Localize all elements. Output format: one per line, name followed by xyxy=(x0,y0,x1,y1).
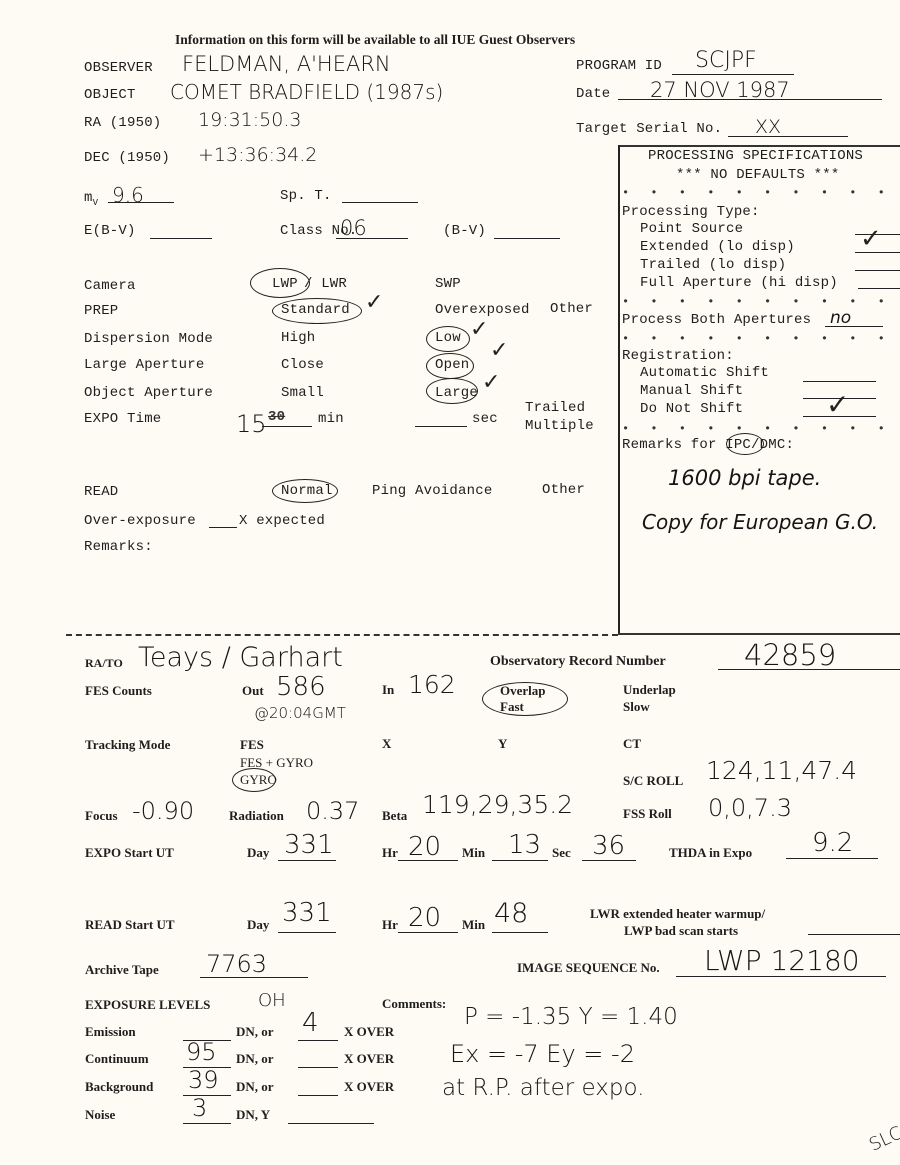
read-option-ping[interactable]: Ping Avoidance xyxy=(372,483,492,499)
corner-note: SLC 3 xyxy=(866,1115,900,1156)
remarks-ipc-line1[interactable]: 1600 bpi tape. xyxy=(668,466,821,490)
exposure-note[interactable]: OH xyxy=(258,990,286,1011)
record-field[interactable]: 42859 xyxy=(744,638,836,672)
prep-option-overexposed[interactable]: Overexposed xyxy=(435,302,530,318)
program-field[interactable]: SCJPF xyxy=(695,48,757,73)
program-label: PROGRAM ID xyxy=(576,58,662,74)
ipc-circle xyxy=(726,433,764,455)
checkmark-icon: ✓ xyxy=(860,224,882,254)
tracking-mode-label: Tracking Mode xyxy=(85,737,170,753)
camera-label: Camera xyxy=(84,278,136,294)
read-hr-underline xyxy=(398,932,458,933)
noise-label: Noise xyxy=(85,1107,115,1123)
continuum-suffix: X OVER xyxy=(344,1051,394,1067)
archive-tape-label: Archive Tape xyxy=(85,962,159,978)
read-hr-field[interactable]: 20 xyxy=(408,903,441,933)
type-full-aperture: Full Aperture (hi disp) xyxy=(640,275,838,291)
reg-automatic-field[interactable] xyxy=(803,381,876,382)
processing-type-label: Processing Type: xyxy=(622,204,760,220)
read-day-field[interactable]: 331 xyxy=(282,898,332,928)
expo-sec-label: Sec xyxy=(552,845,571,861)
noise-dn-underline xyxy=(183,1123,231,1124)
object-aperture-label: Object Aperture xyxy=(84,385,213,401)
object-label: OBJECT xyxy=(84,87,136,103)
serial-field[interactable]: XX xyxy=(755,116,781,138)
thda-field[interactable]: 9.2 xyxy=(812,828,853,858)
observer-field[interactable]: FELDMAN, A'HEARN xyxy=(182,52,391,76)
normal-circle xyxy=(272,479,338,503)
comments-label: Comments: xyxy=(382,996,446,1012)
ra-field[interactable]: 19:31:50.3 xyxy=(198,109,301,131)
overexposure-suffix: X expected xyxy=(239,513,325,529)
emission-suffix: X OVER xyxy=(344,1024,394,1040)
form-notice: Information on this form will be availab… xyxy=(175,32,575,48)
thda-label: THDA in Expo xyxy=(669,845,752,861)
type-extended: Extended (lo disp) xyxy=(640,239,795,255)
read-day-underline xyxy=(278,932,336,933)
large-ap-option-close[interactable]: Close xyxy=(281,357,324,373)
expo-hr-field[interactable]: 20 xyxy=(408,832,441,862)
overexposure-label: Over-exposure xyxy=(84,513,196,529)
noise-y-field[interactable] xyxy=(288,1123,374,1124)
process-both-label: Process Both Apertures xyxy=(622,312,811,328)
background-suffix: X OVER xyxy=(344,1079,394,1095)
expo-day-underline xyxy=(278,860,336,861)
observer-label: OBSERVER xyxy=(84,60,153,76)
image-sequence-label: IMAGE SEQUENCE No. xyxy=(517,960,660,976)
sc-roll-label: S/C ROLL xyxy=(623,773,683,789)
archive-tape-underline xyxy=(200,977,308,978)
open-circle xyxy=(426,353,474,379)
focus-field[interactable]: -0.90 xyxy=(132,797,194,825)
remarks-ipc-line2[interactable]: Copy for European G.O. xyxy=(642,510,878,534)
type-trailed-field[interactable] xyxy=(855,270,900,271)
checkmark-icon: ✓ xyxy=(482,370,500,395)
dotted-divider: • • • • • • • • • • • • • • • • • • xyxy=(622,332,900,346)
program-underline xyxy=(672,74,794,75)
out-time[interactable]: @20:04GMT xyxy=(254,704,346,722)
fss-roll-field[interactable]: 0,0,7.3 xyxy=(708,794,792,822)
mv-underline xyxy=(108,202,174,203)
large-aperture-label: Large Aperture xyxy=(84,357,204,373)
expo-day-label: Day xyxy=(247,845,269,861)
expo-min-field[interactable]: 15 xyxy=(236,410,267,438)
ct-label: CT xyxy=(623,736,641,752)
read-start-label: READ Start UT xyxy=(85,917,175,933)
read-day-label: Day xyxy=(247,917,269,933)
record-label: Observatory Record Number xyxy=(490,654,666,670)
prep-option-other[interactable]: Other xyxy=(550,301,593,317)
read-hr-label: Hr xyxy=(382,917,398,933)
background-dn-or: DN, or xyxy=(236,1079,274,1095)
out-field[interactable]: 586 xyxy=(276,672,326,702)
rato-label: RA/TO xyxy=(85,656,123,671)
read-label: READ xyxy=(84,484,118,500)
dotted-divider: • • • • • • • • • • • • • • • • • • xyxy=(622,186,900,200)
underlap-option[interactable]: Underlap xyxy=(623,682,676,698)
continuum-dn-or: DN, or xyxy=(236,1051,274,1067)
expo-hr-underline xyxy=(398,860,458,861)
date-underline xyxy=(618,99,882,100)
expo-sec-field[interactable] xyxy=(415,426,467,427)
dispersion-option-high[interactable]: High xyxy=(281,330,315,346)
processing-box-bottom xyxy=(618,633,900,635)
in-field[interactable]: 162 xyxy=(408,670,456,699)
sc-roll-field[interactable]: 124,11,47.4 xyxy=(706,756,857,785)
processing-title: PROCESSING SPECIFICATIONS xyxy=(648,148,863,164)
serial-underline xyxy=(728,136,848,137)
out-label: Out xyxy=(242,683,264,699)
emission-over-underline xyxy=(298,1040,338,1041)
comments-line3[interactable]: at R.P. after expo. xyxy=(442,1075,644,1101)
low-circle xyxy=(426,326,470,352)
object-ap-option-small[interactable]: Small xyxy=(281,385,324,401)
expo-min-struck: 30 xyxy=(268,409,285,425)
beta-label: Beta xyxy=(382,808,407,824)
radiation-label: Radiation xyxy=(229,808,284,824)
reg-automatic: Automatic Shift xyxy=(640,365,769,381)
comments-line1[interactable]: P = -1.35 Y = 1.40 xyxy=(464,1004,678,1030)
expo-sec-underline xyxy=(582,860,636,861)
gyro-circle xyxy=(232,768,276,792)
focus-label: Focus xyxy=(85,808,118,824)
lwr-heater-label: LWR extended heater warmup/ xyxy=(590,906,765,922)
remarks-label: Remarks: xyxy=(84,539,153,555)
reg-do-not-shift: Do Not Shift xyxy=(640,401,743,417)
prep-label: PREP xyxy=(84,303,118,319)
radiation-field[interactable]: 0.37 xyxy=(306,797,359,825)
fss-roll-label: FSS Roll xyxy=(623,806,672,822)
continuum-label: Continuum xyxy=(85,1051,149,1067)
expo-start-label: EXPO Start UT xyxy=(85,845,174,861)
type-point-source: Point Source xyxy=(640,221,743,237)
continuum-dn-field[interactable]: 95 xyxy=(186,1038,217,1066)
spt-label: Sp. T. xyxy=(280,188,332,204)
type-trailed: Trailed (lo disp) xyxy=(640,257,786,273)
type-full-aperture-field[interactable] xyxy=(858,288,900,289)
dec-label: DEC (1950) xyxy=(84,150,170,166)
beta-field[interactable]: 119,29,35.2 xyxy=(422,790,573,819)
spt-field[interactable] xyxy=(342,202,418,203)
read-min-underline xyxy=(492,932,548,933)
process-both-underline xyxy=(825,326,883,327)
dotted-divider: • • • • • • • • • • • • • • • • • • xyxy=(622,422,900,436)
processing-box-left xyxy=(618,145,620,633)
min-label: min xyxy=(318,411,344,427)
rato-field[interactable]: Teays / Garhart xyxy=(138,642,343,673)
camera-option-lwr[interactable]: / LWR xyxy=(304,276,347,292)
camera-option-swp[interactable]: SWP xyxy=(435,276,461,292)
checkmark-icon: ✓ xyxy=(365,290,383,315)
checkmark-icon: ✓ xyxy=(470,317,488,342)
emission-label: Emission xyxy=(85,1024,136,1040)
emission-over-field[interactable]: 4 xyxy=(302,1008,319,1038)
expo-hr-label: Hr xyxy=(382,845,398,861)
read-option-other[interactable]: Other xyxy=(542,482,585,498)
lwp-circle xyxy=(250,268,310,298)
registration-label: Registration: xyxy=(622,348,734,364)
checkmark-icon: ✓ xyxy=(490,338,508,363)
remarks-ipc-label: Remarks for IPC/DMC: xyxy=(622,437,794,453)
reg-manual: Manual Shift xyxy=(640,383,743,399)
ebv-label: E(B-V) xyxy=(84,223,136,239)
expo-day-field[interactable]: 331 xyxy=(284,830,334,860)
dec-field[interactable]: +13:36:34.2 xyxy=(198,144,317,166)
ra-label: RA (1950) xyxy=(84,115,161,131)
process-both-field[interactable]: no xyxy=(830,308,851,328)
mv-label: mV xyxy=(84,190,98,208)
date-label: Date xyxy=(576,86,610,102)
expo-time-label: EXPO Time xyxy=(84,411,161,427)
bv-label: (B-V) xyxy=(443,223,486,239)
noise-dn-field[interactable]: 3 xyxy=(192,1094,207,1122)
lwr-field[interactable] xyxy=(808,934,900,935)
archive-tape-field[interactable]: 7763 xyxy=(206,950,267,978)
dispersion-label: Dispersion Mode xyxy=(84,331,213,347)
tracking-option-fes[interactable]: FES xyxy=(240,737,264,753)
checkmark-icon: ✓ xyxy=(826,388,849,421)
read-min-field[interactable]: 48 xyxy=(494,898,528,929)
y-label: Y xyxy=(498,736,507,752)
class-underline xyxy=(336,238,408,239)
expo-sec-field[interactable]: 36 xyxy=(592,831,625,861)
background-label: Background xyxy=(85,1079,153,1095)
serial-label: Target Serial No. xyxy=(576,121,722,137)
expo-min-underline xyxy=(262,426,312,427)
x-label: X xyxy=(382,736,391,752)
thda-underline xyxy=(786,858,878,859)
read-min-label: Min xyxy=(462,917,485,933)
image-sequence-underline xyxy=(676,976,886,977)
sec-label: sec xyxy=(472,411,498,427)
background-over-field[interactable] xyxy=(298,1095,338,1096)
multiple-option[interactable]: Multiple xyxy=(525,418,594,434)
comments-line2[interactable]: Ex = -7 Ey = -2 xyxy=(450,1040,635,1068)
noise-suffix: DN, Y xyxy=(236,1107,270,1123)
exposure-levels-label: EXPOSURE LEVELS xyxy=(85,997,210,1013)
slow-option[interactable]: Slow xyxy=(623,699,650,715)
in-label: In xyxy=(382,682,394,698)
ebv-field[interactable] xyxy=(150,238,212,239)
expo-min-underline xyxy=(492,860,548,861)
processing-box-top xyxy=(618,145,900,147)
object-field[interactable]: COMET BRADFIELD (1987s) xyxy=(170,80,443,104)
large-circle xyxy=(426,378,478,404)
dotted-divider: • • • • • • • • • • • • • • • • • • xyxy=(622,295,900,309)
expo-min-value[interactable]: 13 xyxy=(508,830,541,860)
mv-field[interactable]: 9.6 xyxy=(112,183,144,207)
overlap-fast-circle xyxy=(482,682,568,716)
class-field[interactable]: 06 xyxy=(340,216,367,240)
dashed-separator xyxy=(66,634,618,636)
lwp-bad-scan-label: LWP bad scan starts xyxy=(624,923,738,939)
bv-field[interactable] xyxy=(494,238,560,239)
standard-circle xyxy=(272,298,362,324)
emission-dn-or: DN, or xyxy=(236,1024,274,1040)
continuum-over-field[interactable] xyxy=(298,1067,338,1068)
expo-min-label: Min xyxy=(462,845,485,861)
processing-subtitle: *** NO DEFAULTS *** xyxy=(676,167,839,183)
overexposure-field[interactable] xyxy=(209,527,237,528)
fes-counts-label: FES Counts xyxy=(85,683,152,699)
trailed-option[interactable]: Trailed xyxy=(525,400,585,416)
record-underline xyxy=(718,669,900,670)
image-sequence-field[interactable]: LWP 12180 xyxy=(704,944,860,977)
background-dn-field[interactable]: 39 xyxy=(188,1066,219,1094)
